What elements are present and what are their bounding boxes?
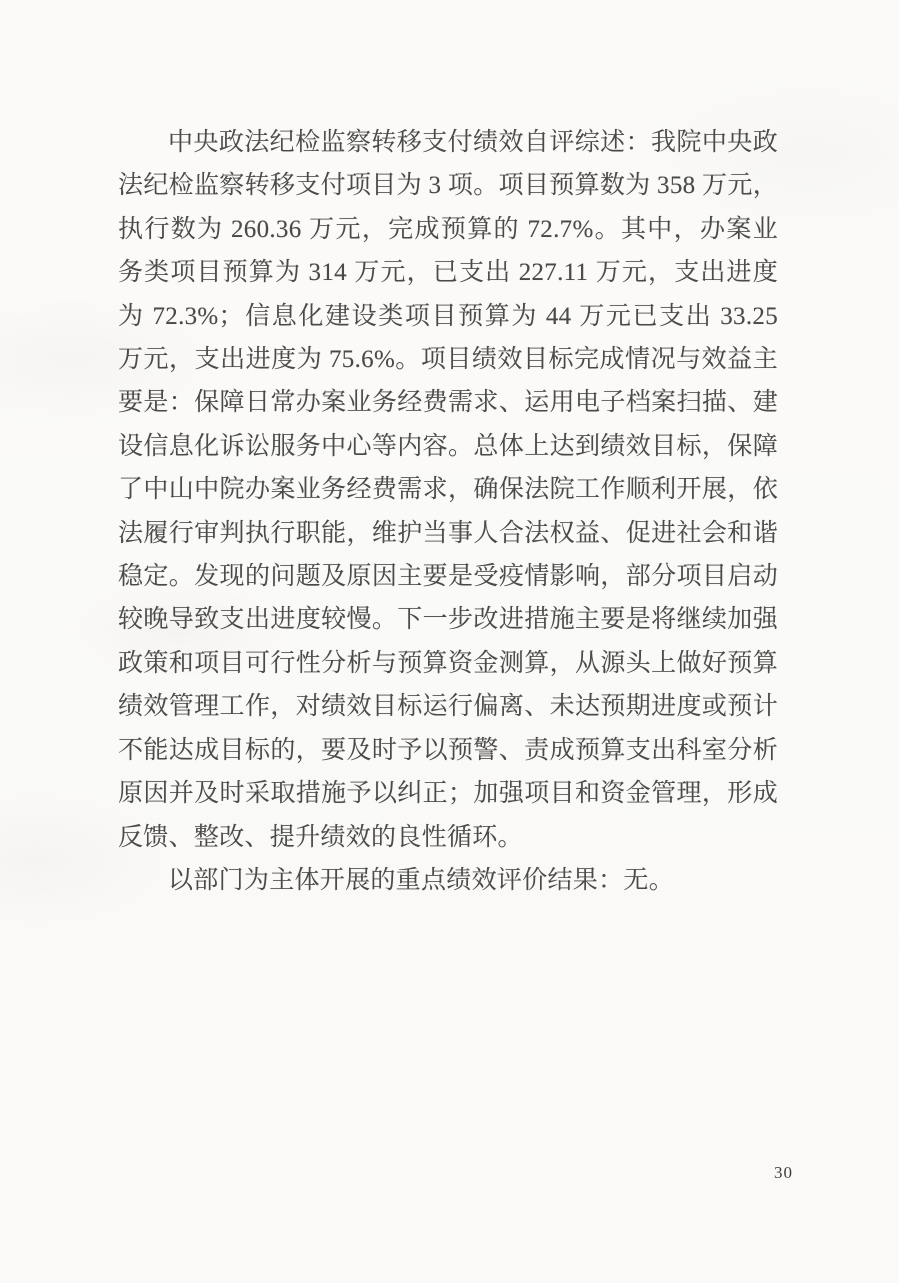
page-number: 30 <box>774 1163 793 1183</box>
paragraph-transfer-payment-self-evaluation: 中央政法纪检监察转移支付绩效自评综述：我院中央政法纪检监察转移支付项目为 3 项… <box>118 121 778 859</box>
paragraph-department-key-evaluation-result: 以部门为主体开展的重点绩效评价结果：无。 <box>118 859 778 902</box>
document-page: 中央政法纪检监察转移支付绩效自评综述：我院中央政法纪检监察转移支付项目为 3 项… <box>0 0 899 1283</box>
document-body: 中央政法纪检监察转移支付绩效自评综述：我院中央政法纪检监察转移支付项目为 3 项… <box>118 121 778 902</box>
